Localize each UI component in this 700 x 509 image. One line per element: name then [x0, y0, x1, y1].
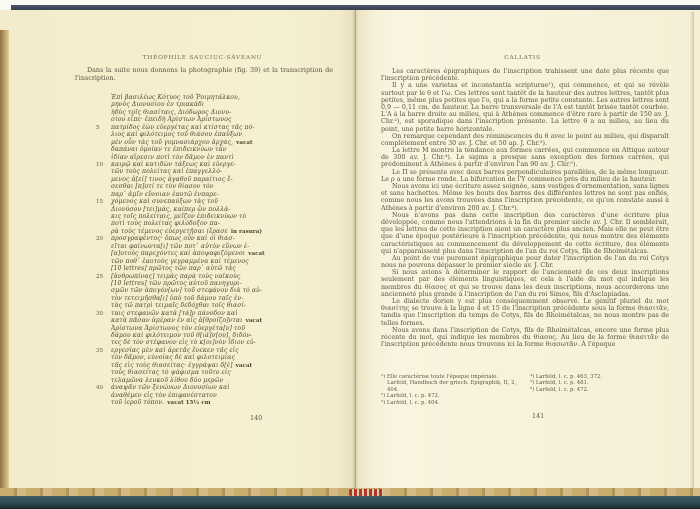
greek-line: Ἐπὶ βασιλέως Κότυος τοῦ Ῥοιμητάλκου,: [96, 94, 334, 101]
greek-line: 35 εργεσίας μὲν καὶ ἀρετᾶς ἕνεκεν τᾶς εἰ…: [96, 347, 334, 354]
line-number: 20: [96, 236, 111, 242]
greek-line: 20 προσγραφέντος· ὅπως οὖν καὶ οἱ θιασ-: [96, 235, 334, 242]
greek-text: καιρῷ καὶ κατιδὼν τάξεως καὶ εὐεργε-: [111, 161, 236, 168]
line-number: 10: [96, 162, 111, 168]
greek-text: Ἀρίστωνα Ἀρίστωνος τὸν εὐεργέτα[ν] τοῦ: [111, 325, 245, 332]
greek-text: κις τοῖς πολείταις, μεῖζον ἐπιδεικνύων τ…: [111, 213, 246, 220]
greek-line: τὸν δᾶμον, εὐνοίας δὲ καὶ φιλοτειμίας: [96, 354, 334, 361]
paragraph: Nous avons dans l'inscription de Cotys, …: [381, 327, 669, 349]
greek-text: λιος καὶ φιλότειμος τοῦ θιάσου ἐπαύξων: [111, 131, 242, 138]
greek-text: μὲν οὖν τὰς τοῦ γυμνασιάρχου ἀρχάς,: [111, 139, 233, 146]
greek-line: 5 πατρίδος ἐὼν εὐεργέτας καὶ κτίστας τᾶς…: [96, 124, 334, 131]
greek-line: μηνὸς Διονυσίου ἐν τριακάδι: [96, 101, 334, 108]
greek-line: τοὺς θιασείτας τὸ ψάφισμα τοῦτο εἰς: [96, 369, 334, 376]
paragraph: Nous avons ici une écriture assez soigné…: [381, 183, 669, 212]
greek-line: [α]υτοὺς παρεχόντες καὶ ἀποψαφιζόμενοι v…: [96, 250, 334, 257]
paragraph: Il y a une varietas et inconstantia scri…: [381, 82, 669, 132]
left-page-number: 140: [250, 414, 262, 422]
greek-line: Ἀρίστωνα Ἀρίστωνος τὸν εὐεργέτα[ν] τοῦ: [96, 325, 334, 332]
greek-text: τελαμῶνα λευκοῦ λίθου δύο μερῶν: [111, 377, 223, 384]
greek-text: κατὰ πᾶσαν ἁμέραν ἐν αἷς ἁ[θροίζο]νται: [111, 317, 243, 324]
book-cover-bottom-edge: [0, 496, 700, 509]
greek-text: σμῶν τῶν ἀπογόν[ων] τοῦ στεφάνου διὰ τὸ …: [111, 287, 262, 294]
greek-text: τοὺς θιασείτας τὸ ψάφισμα τοῦτο εἰς: [111, 369, 231, 376]
greek-line: τοῦ ἱεροῦ τόπον. vacat 15½ cm: [96, 399, 334, 406]
greek-line: παρ᾽ ἁμῖν εὔνοιαν ἑαυτῶ ἐνπαρε-: [96, 191, 334, 198]
greek-text: εργεσίας μὲν καὶ ἀρετᾶς ἕνεκεν τᾶς εἰς: [111, 347, 239, 354]
greek-line: δάμου καὶ φιλότειμον τοῦ θ[ιά]σ[ου], διδ…: [96, 332, 334, 339]
greek-text: [α]υτοὺς παρεχόντες καὶ ἀποψαφιζόμενοι: [111, 250, 245, 257]
right-running-head: CALLATIS: [380, 55, 665, 61]
greek-line: σεσθαι [π]οτί τε τὸν θίασον τὸν: [96, 183, 334, 190]
epigraphic-marker: vacat: [236, 140, 253, 146]
intro-paragraph: Dans la suite nous donnons la photograph…: [75, 67, 333, 83]
greek-inscription-transcription: Ἐπὶ βασιλέως Κότυος τοῦ Ῥοιμητάλκου, μην…: [96, 94, 334, 406]
greek-text: τοῦ ἱεροῦ τόπον.: [111, 399, 164, 406]
greek-text: εῖται φαίνωντα[ι] τῶν ποτ᾽ αὐτὸν εὔνων ἑ…: [111, 243, 249, 250]
greek-line: σμῶν τῶν ἀπογόν[ων] τοῦ στεφάνου διὰ τὸ …: [96, 287, 334, 294]
greek-line: κατὰ πᾶσαν ἁμέραν ἐν αἷς ἁ[θροίζο]νται v…: [96, 317, 334, 324]
greek-line: 15 χόμενος καὶ συνεπαύξων τὰς τοῦ: [96, 198, 334, 205]
greek-text: προσγραφέντος· ὅπως οὖν καὶ οἱ θιασ-: [111, 235, 235, 242]
page-stack-right-edge: [690, 12, 694, 489]
footnotes-column-right: ⁴) Larfeld, l. c. p. 463, 372.⁵) Larfeld…: [530, 374, 669, 406]
greek-text: [10 lettres] τῶν πρῶτος αὐτοῦ πανηγυρι-: [111, 280, 242, 287]
epigraphic-marker: vacat: [246, 318, 263, 324]
greek-text: τες δὲ τὸν στέφανον εἰς τὸ κ[οι]νὸν ἴδιο…: [111, 339, 256, 346]
line-number: 15: [96, 199, 111, 205]
greek-text: ἰδίαν αἵρεσιν ποτὶ τὸν δᾶμον ἐν παντὶ: [111, 154, 234, 161]
greek-line: 40 ἀναψᾶν τῶν ξενώνων Διονυσίων καὶ: [96, 384, 334, 391]
paragraph: Au point de vue purement épigraphique po…: [381, 255, 669, 269]
greek-text: μηνὸς Διονυσίου ἐν τριακάδι: [111, 101, 204, 108]
greek-line: μενος ἀ[εί] τινος ἀγαθοῦ παραίτιος ἔ-: [96, 176, 334, 183]
greek-text: σεσθαι [π]οτί τε τὸν θίασον τὸν: [111, 183, 214, 190]
right-page-number: 141: [532, 412, 544, 420]
greek-text: παρ᾽ ἁμῖν εὔνοιαν ἑαυτῶ ἐνπαρε-: [111, 191, 219, 198]
footnote: ³) Larfeld, l. c. p. 404.: [381, 400, 520, 406]
greek-line: κις τοῖς πολείταις, μεῖζον ἐπιδεικνύων τ…: [96, 213, 334, 220]
line-number: 35: [96, 348, 111, 354]
greek-text: Διονύσου [τει]μάς, καίπερ ὢν πολλά-: [111, 206, 230, 213]
greek-line: 25 [ἀνθρωπίνας] τειμὰς παρὰ τοὺς ναϊκοὺς: [96, 273, 334, 280]
greek-text: [ἀνθρωπίνας] τειμὰς παρὰ τοὺς ναϊκοὺς: [111, 273, 240, 280]
greek-text: τὸν δᾶμον, εὐνοίας δὲ καὶ φιλοτειμίας: [111, 354, 235, 361]
epigraphic-marker: in rasura): [231, 229, 262, 235]
greek-line: 30 ταις στεφανῶν κατὰ [τὰ]ν πάνοδον καὶ: [96, 310, 334, 317]
greek-line: [10 lettres] πρῶτος τῶν παρ᾽ αὐτῶ τὰς: [96, 265, 334, 272]
line-number: 5: [96, 125, 111, 131]
greek-text: δάμου καὶ φιλότειμον τοῦ θ[ιά]σ[ου], διδ…: [111, 332, 252, 339]
greek-text: χόμενος καὶ συνεπαύξων τὰς τοῦ: [111, 198, 218, 205]
paragraph: Nous n'avons pas dans cette inscription …: [381, 212, 669, 255]
greek-line: [10 lettres] τῶν πρῶτος αὐτοῦ πανηγυρι-: [96, 280, 334, 287]
line-number: 40: [96, 385, 111, 391]
greek-line: 10 καιρῷ καὶ κατιδὼν τάξεως καὶ εὐεργε-: [96, 161, 334, 168]
greek-text: μενος ἀ[εί] τινος ἀγαθοῦ παραίτιος ἔ-: [111, 176, 233, 183]
greek-line: τᾶς εἰς τοὺς θιασείτας· ἐγγράψαι δ[ὲ] va…: [96, 362, 334, 369]
greek-text: σίου εἶπε· ἐπειδὴ Ἀρίστων Ἀρίστωνος: [111, 116, 232, 123]
greek-text: ἀναθέμεν εἰς τὸν ἐπιφανέστατον: [111, 392, 217, 399]
greek-text: [10 lettres] πρῶτος τῶν παρ᾽ αὐτῶ τὰς: [111, 265, 236, 272]
greek-text: τῶν ποθ᾽ ἑαυτοὺς γεγραμμένα καὶ τέμενος: [111, 258, 249, 265]
greek-line: τῶν ποθ᾽ ἑαυτοὺς γεγραμμένα καὶ τέμενος: [96, 258, 334, 265]
epigraphic-marker: vacat: [248, 251, 265, 257]
paragraph: Le dialecte dorien y est plus conséquemm…: [381, 298, 669, 327]
greek-text: τὰς τῶ πατρὶ τειμαῖς δεδόχθαι τοῖς θιασί…: [111, 302, 246, 309]
greek-line: τελαμῶνα λευκοῦ λίθου δύο μερῶν: [96, 377, 334, 384]
paragraph: Le Π se présente avec deux barres perpen…: [381, 169, 669, 183]
greek-line: ἰδίαν αἵρεσιν ποτὶ τὸν δᾶμον ἐν παντὶ: [96, 154, 334, 161]
footnote: ⁶) Larfeld, l. c. p. 472.: [530, 387, 669, 393]
greek-text: ἡδὺς τοῖς θιασίταις, Διόδωρος Διονυ-: [111, 109, 231, 116]
greek-line: τὰς τῶ πατρὶ τειμαῖς δεδόχθαι τοῖς θιασί…: [96, 302, 334, 309]
greek-line: δαπάναι ὁμοίαν τε ἐπιδεικνύων τὰν: [96, 146, 334, 153]
line-number: 30: [96, 311, 111, 317]
greek-line: εῖται φαίνωντα[ι] τῶν ποτ᾽ αὐτὸν εὔνων ἑ…: [96, 243, 334, 250]
main-text: Les caractères épigraphiques de l'inscri…: [381, 68, 669, 348]
paragraph: Si nous avions à déterminer le rapport d…: [381, 269, 669, 298]
footnotes: ¹) Elle caractérise toute l'époque impér…: [381, 374, 669, 406]
paragraph: La lettre M montre la tendance aux forme…: [381, 147, 669, 169]
greek-text: πατρίδος ἐὼν εὐεργέτας καὶ κτίστας τᾶς π…: [111, 124, 255, 131]
greek-text: Ἐπὶ βασιλέως Κότυος τοῦ Ῥοιμητάλκου,: [111, 94, 240, 101]
page-stack-left-edge: [0, 30, 9, 489]
footnote: ¹) Elle caractérise toute l'époque impér…: [381, 374, 520, 393]
gutter-fold-line: [355, 10, 356, 489]
greek-text: ποτὶ τοὺς πολείτας φιλόδοξον πα-: [111, 220, 220, 227]
greek-line: ποτὶ τοὺς πολείτας φιλόδοξον πα-: [96, 220, 334, 227]
greek-text: τὸν τετειμῆσθα[ι] ὑπὸ τοῦ δάμου ταῖς ἐν-: [111, 295, 243, 302]
greek-text: ἀναψᾶν τῶν ξενώνων Διονυσίων καὶ: [111, 384, 230, 391]
greek-line: ἀναθέμεν εἰς τὸν ἐπιφανέστατον: [96, 392, 334, 399]
line-number: 25: [96, 274, 111, 280]
epigraphic-marker: vacat: [236, 363, 253, 369]
paragraph: On remarque cependant des réminiscences …: [381, 133, 669, 147]
greek-text: ρὰ τοὺς τέμενος εὐεργετῆσαι (ἔρασε: [111, 228, 228, 235]
paragraph: Les caractères épigraphiques de l'inscri…: [381, 68, 669, 82]
epigraphic-marker: vacat 15½ cm: [167, 400, 210, 406]
footnotes-column-left: ¹) Elle caractérise toute l'époque impér…: [381, 374, 520, 406]
greek-text: δαπάναι ὁμοίαν τε ἐπιδεικνύων τὰν: [111, 146, 227, 153]
greek-line: τῶν τοὺς πολείτας καὶ ἐπαγγελλό-: [96, 168, 334, 175]
greek-text: τᾶς εἰς τοὺς θιασείτας· ἐγγράψαι δ[ὲ]: [111, 362, 233, 369]
greek-text: τῶν τοὺς πολείτας καὶ ἐπαγγελλό-: [111, 168, 222, 175]
greek-line: μὲν οὖν τὰς τοῦ γυμνασιάρχου ἀρχάς, vaca…: [96, 139, 334, 146]
greek-line: τες δὲ τὸν στέφανον εἰς τὸ κ[οι]νὸν ἴδιο…: [96, 339, 334, 346]
left-running-head: THÉOPHILE SAUCIUC-SĂVEANU: [70, 55, 335, 61]
greek-line: Διονύσου [τει]μάς, καίπερ ὢν πολλά-: [96, 206, 334, 213]
greek-line: τὸν τετειμῆσθα[ι] ὑπὸ τοῦ δάμου ταῖς ἐν-: [96, 295, 334, 302]
greek-line: σίου εἶπε· ἐπειδὴ Ἀρίστων Ἀρίστωνος: [96, 116, 334, 123]
red-stitching-marker: [349, 489, 383, 496]
open-book-photo: THÉOPHILE SAUCIUC-SĂVEANU Dans la suite …: [0, 0, 700, 509]
greek-text: ταις στεφανῶν κατὰ [τὰ]ν πάνοδον καὶ: [111, 310, 238, 317]
greek-line: λιος καὶ φιλότειμος τοῦ θιάσου ἐπαύξων: [96, 131, 334, 138]
